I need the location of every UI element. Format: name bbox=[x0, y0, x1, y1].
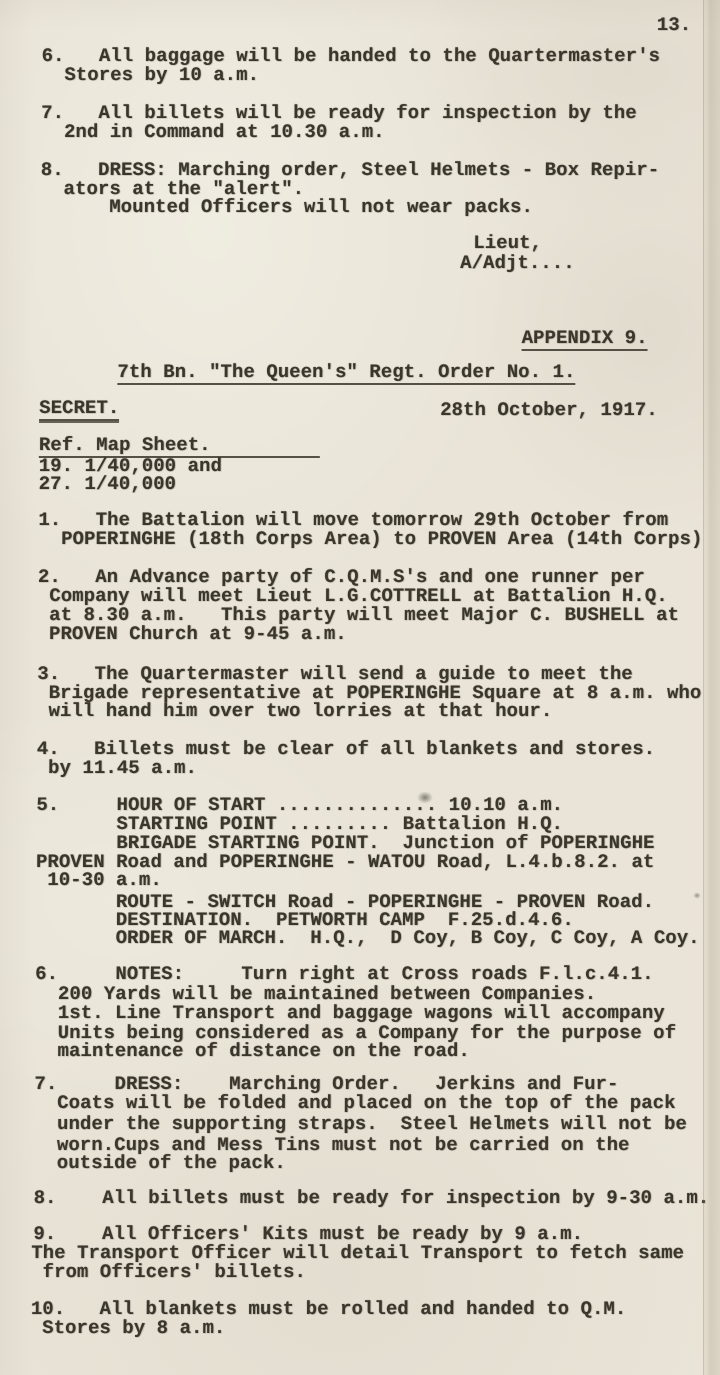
appendix-heading: APPENDIX 9. bbox=[522, 328, 648, 351]
classification-label: SECRET. bbox=[39, 398, 119, 421]
document-date: 28th October, 1917. bbox=[440, 400, 658, 420]
text-line: by 11.45 a.m. bbox=[37, 758, 197, 778]
text-line: will hand him over two lorries at that h… bbox=[37, 701, 552, 721]
text-line: 1. The Battalion will move tomorrow 29th… bbox=[38, 510, 668, 530]
text-line: 5. HOUR OF START .............. 10.10 a.… bbox=[36, 795, 563, 815]
text-line: at 8.30 a.m. This party will meet Major … bbox=[38, 605, 679, 625]
text-line: 6. NOTES: Turn right at Cross roads F.l.… bbox=[35, 964, 654, 984]
text-line: 9. All Officers' Kits must be ready by 9… bbox=[33, 1224, 583, 1244]
text-line: PROVEN Church at 9-45 a.m. bbox=[38, 624, 347, 644]
text-line: 2nd in Command at 10.30 a.m. bbox=[41, 122, 385, 142]
text-line: from Officers' billets. bbox=[31, 1262, 306, 1282]
text-line: POPERINGHE (18th Corps Area) to PROVEN A… bbox=[38, 529, 702, 549]
text-line: 6. All baggage will be handed to the Qua… bbox=[42, 46, 661, 66]
text-line: 1st. Line Transport and baggage wagons w… bbox=[35, 1003, 665, 1023]
order-title: 7th Bn. "The Queen's" Regt. Order No. 1. bbox=[117, 362, 575, 385]
typewritten-text-layer: 13.6. All baggage will be handed to the … bbox=[0, 0, 720, 1375]
text-line: maintenance of distance on the road. bbox=[35, 1041, 470, 1061]
text-line: Stores by 10 a.m. bbox=[41, 65, 259, 85]
text-line: 10-30 a.m. bbox=[36, 870, 162, 890]
text-line: 10. All blankets must be rolled and hand… bbox=[31, 1299, 627, 1319]
text-line: 8. DRESS: Marching order, Steel Helmets … bbox=[41, 160, 660, 180]
page-number: 13. bbox=[657, 15, 691, 35]
text-line: 4. Billets must be clear of all blankets… bbox=[37, 739, 656, 759]
ink-speck bbox=[692, 891, 702, 900]
text-line: The Transport Officer will detail Transp… bbox=[31, 1243, 684, 1263]
document-page: 13.6. All baggage will be handed to the … bbox=[0, 0, 720, 1375]
text-line: 7. All billets will be ready for inspect… bbox=[41, 103, 637, 123]
text-line: BRIGADE STARTING POINT. Junction of POPE… bbox=[36, 833, 655, 853]
text-line: 2. An Advance party of C.Q.M.S's and one… bbox=[38, 567, 645, 587]
text-line: 27. 1/40,000 bbox=[39, 474, 177, 494]
text-line: 3. The Quartermaster will send a guide t… bbox=[37, 664, 633, 684]
text-line: outside of the pack. bbox=[34, 1153, 286, 1173]
text-line: 200 Yards will be maintained between Com… bbox=[35, 984, 596, 1004]
ink-smudge bbox=[414, 789, 436, 806]
signature-role: A/Adjt.... bbox=[460, 253, 575, 273]
text-line: STARTING POINT ......... Battalion H.Q. bbox=[36, 814, 563, 834]
text-line: under the supporting straps. Steel Helme… bbox=[34, 1114, 687, 1134]
text-line: ORDER OF MARCH. H.Q., D Coy, B Coy, C Co… bbox=[35, 928, 699, 948]
text-line: Mounted Officers will not wear packs. bbox=[40, 197, 533, 217]
text-line: Coats will be folded and placed on the t… bbox=[34, 1093, 675, 1113]
signature-rank: Lieut, bbox=[473, 233, 542, 253]
page-edge-shadow bbox=[703, 0, 720, 1375]
text-line: Company will meet Lieut L.G.COTTRELL at … bbox=[38, 586, 668, 606]
text-line: 7. DRESS: Marching Order. Jerkins and Fu… bbox=[34, 1074, 618, 1094]
text-line: Stores by 8 a.m. bbox=[31, 1318, 226, 1338]
text-line: 8. All billets must be ready for inspect… bbox=[34, 1188, 710, 1208]
